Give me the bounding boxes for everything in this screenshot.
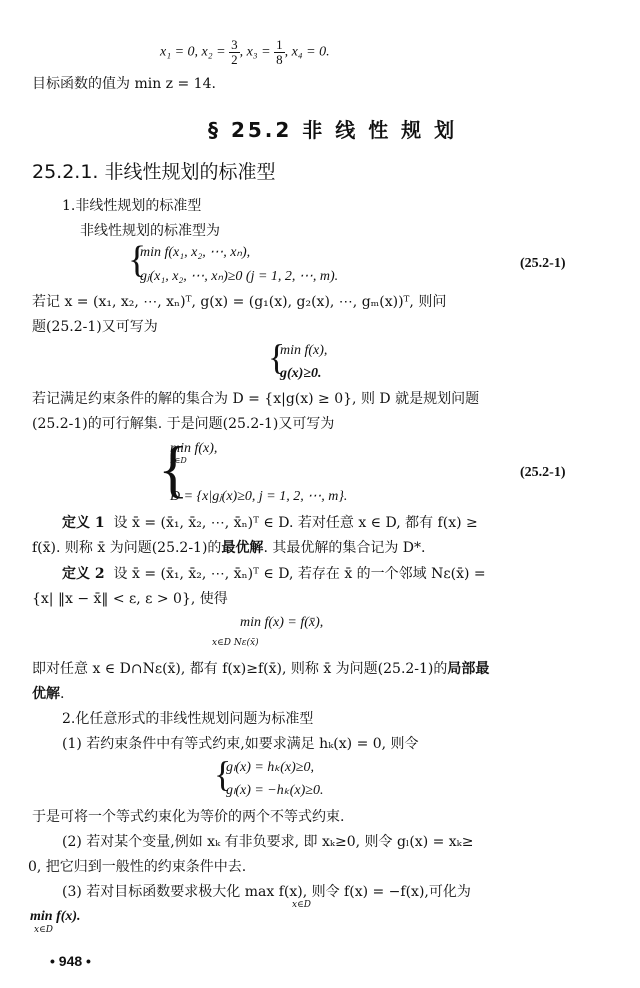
item2-p3-cont: min f(x).: [30, 908, 81, 926]
p3-subscript: x∈D: [292, 900, 311, 910]
definition-1: 定义 1 设 x̄ = (x̄₁, x̄₂, ⋯, x̄ₙ)ᵀ ∈ D. 若对任…: [62, 514, 478, 532]
def2-subscript: x∈D Nε(x̄): [212, 634, 259, 652]
eq4-line2: gₗ(x) = −hₖ(x)≥0.: [226, 782, 323, 800]
item1-heading: 1.非线性规划的标准型: [62, 197, 201, 215]
definition-2-cont2: 即对任意 x ∈ D∩Nε(x̄), 都有 f(x)≥f(x̄), 则称 x̄ …: [32, 660, 489, 678]
p3b-subscript: x∈D: [34, 925, 53, 935]
eq3-subscript: x∈D: [170, 456, 187, 466]
definition-text: 设 x̄ = (x̄₁, x̄₂, ⋯, x̄ₙ)ᵀ ∈ D, 若存在 x̄ 的…: [114, 566, 486, 582]
definition-text: f(x̄). 则称 x̄ 为问题(25.2-1)的: [32, 540, 221, 556]
paragraph: 若记满足约束条件的解的集合为 D = {x|g(x) ≥ 0}, 则 D 就是规…: [32, 390, 479, 408]
subsection-title: 25.2.1. 非线性规划的标准型: [32, 160, 276, 184]
def2-equation: min f(x) = f(x̄),: [240, 614, 323, 632]
definition-text: 即对任意 x ∈ D∩Nε(x̄), 都有 f(x)≥f(x̄), 则称 x̄ …: [32, 661, 447, 677]
paragraph: 若记 x = (x₁, x₂, ⋯, xₙ)ᵀ, g(x) = (g₁(x), …: [32, 293, 446, 311]
equation-number: (25.2-1): [520, 256, 566, 272]
eq2-line2: g(x)≥0.: [280, 365, 322, 383]
definition-label: 定义 1: [62, 515, 105, 531]
definition-2-cont3: 优解.: [32, 685, 64, 703]
objective-value: 目标函数的值为 min z = 14.: [32, 75, 216, 93]
eq4-line1: gₗ(x) = hₖ(x)≥0,: [226, 759, 314, 777]
item2-p1-after: 于是可将一个等式约束化为等价的两个不等式约束.: [32, 808, 344, 826]
definition-2-cont: {x| ‖x − x̄‖ < ε, ε > 0}, 使得: [32, 590, 228, 608]
term-local-optimal: 局部最: [447, 661, 489, 677]
definition-text: .: [60, 686, 64, 702]
definition-text: . 其最优解的集合记为 D*.: [263, 540, 425, 556]
term-optimal-solution: 最优解: [221, 540, 263, 556]
page-number: • 948 •: [50, 952, 91, 970]
fraction-x2: 32: [229, 38, 240, 67]
equation-number: (25.2-1): [520, 465, 566, 481]
item2-heading: 2.化任意形式的非线性规划问题为标准型: [62, 710, 313, 728]
solution-text: x₁ = 0, x₂ =: [160, 45, 229, 60]
solution-values: x₁ = 0, x₂ = 32, x₃ = 18, x₄ = 0.: [160, 38, 330, 67]
term-local-optimal-end: 优解: [32, 686, 60, 702]
definition-1-cont: f(x̄). 则称 x̄ 为问题(25.2-1)的最优解. 其最优解的集合记为 …: [32, 539, 425, 557]
paragraph: 题(25.2-1)又可写为: [32, 318, 158, 336]
fraction-x3: 18: [274, 38, 285, 67]
paragraph: (25.2-1)的可行解集. 于是问题(25.2-1)又可写为: [32, 415, 334, 433]
definition-label: 定义 2: [62, 566, 105, 582]
definition-text: 设 x̄ = (x̄₁, x̄₂, ⋯, x̄ₙ)ᵀ ∈ D. 若对任意 x ∈…: [114, 515, 478, 531]
eq2-line1: min f(x),: [280, 342, 327, 360]
definition-2: 定义 2 设 x̄ = (x̄₁, x̄₂, ⋯, x̄ₙ)ᵀ ∈ D, 若存在…: [62, 565, 486, 583]
item2-p2: (2) 若对某个变量,例如 xₖ 有非负要求, 即 xₖ≥0, 则令 gₗ(x)…: [62, 833, 474, 851]
item2-p2-cont: 0, 把它归到一般性的约束条件中去.: [28, 858, 246, 876]
item2-p1: (1) 若约束条件中有等式约束,如要求满足 hₖ(x) = 0, 则令: [62, 735, 419, 753]
eq3-line2: D = {x|gⱼ(x)≥0, j = 1, 2, ⋯, m}.: [170, 488, 347, 506]
item1-intro: 非线性规划的标准型为: [80, 222, 220, 240]
solution-text-x3: , x₃ =: [240, 45, 275, 60]
solution-text-x4: , x₄ = 0.: [285, 45, 330, 60]
item2-p3: (3) 若对目标函数要求极大化 max f(x), 则令 f(x) = −f(x…: [62, 883, 471, 901]
section-title: § 25.2 非 线 性 规 划: [208, 118, 457, 142]
eq1-line2: gⱼ(x₁, x₂, ⋯, xₙ)≥0 (j = 1, 2, ⋯, m).: [140, 268, 338, 286]
eq1-line1: min f(x₁, x₂, ⋯, xₙ),: [140, 244, 250, 262]
